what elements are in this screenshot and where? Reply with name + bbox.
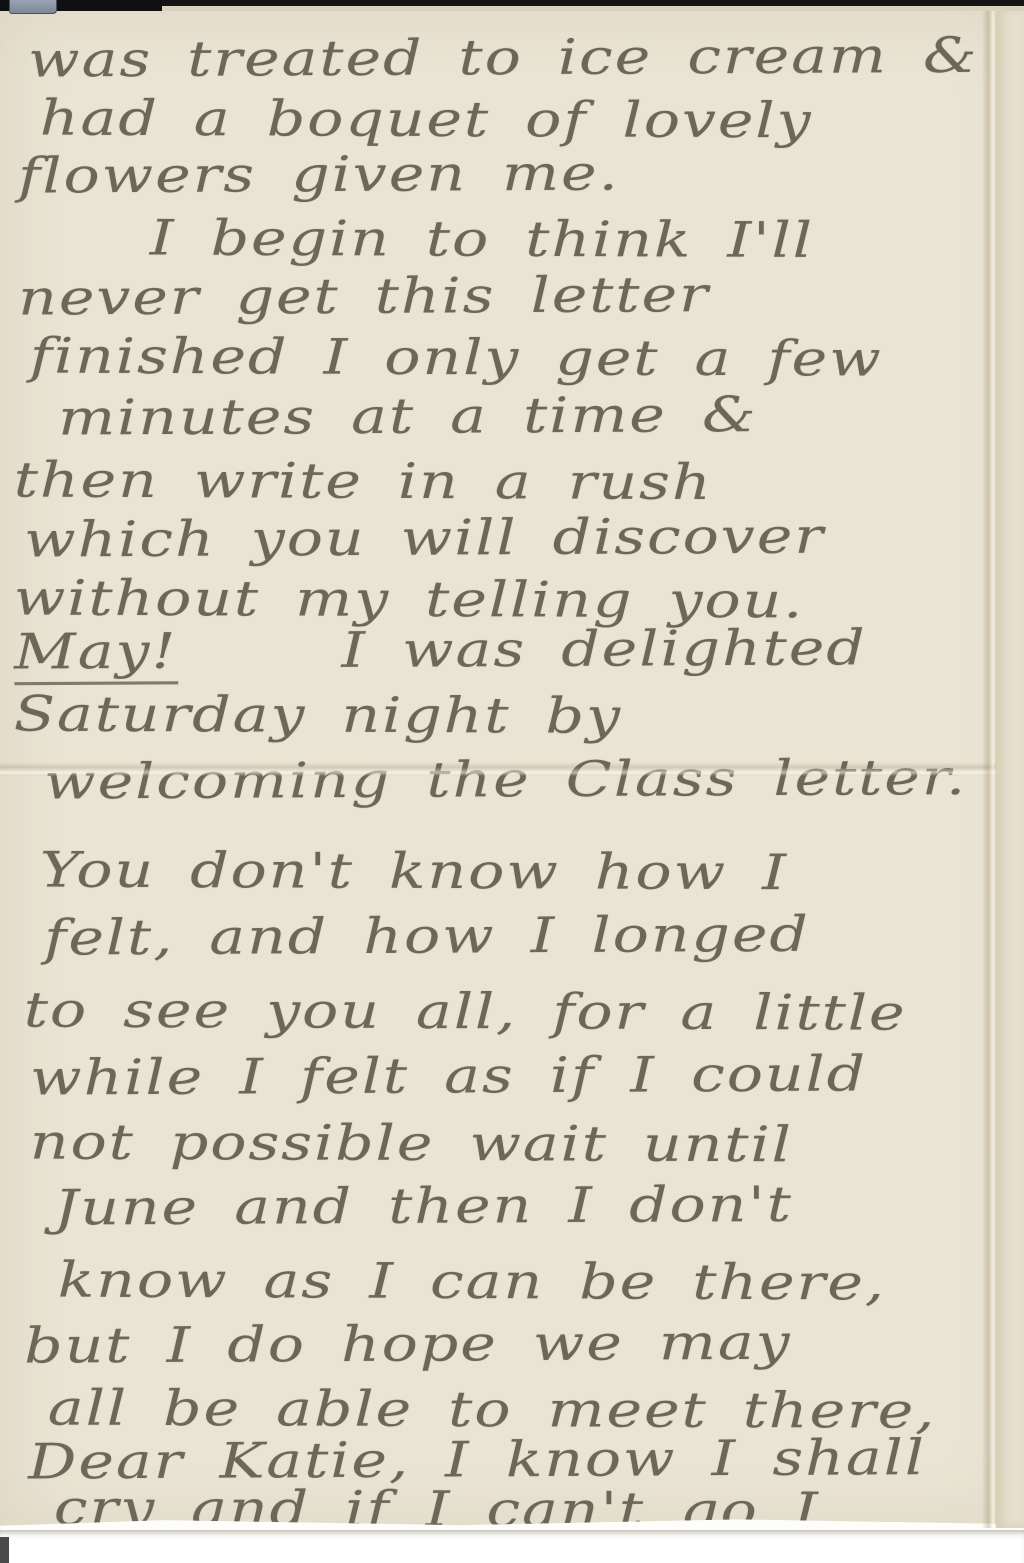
- handwriting-line: then write in a rush: [14, 456, 713, 507]
- handwriting-line: flowers given me.: [18, 149, 620, 201]
- bottom-left-corner-mark: [0, 1537, 9, 1563]
- handwriting-line: Saturday night by: [14, 690, 622, 741]
- handwriting-line: was treated to ice cream &: [28, 31, 979, 85]
- handwriting-line: not possible wait until: [30, 1118, 793, 1170]
- handwriting-line: June and then I don't: [54, 1180, 793, 1233]
- handwriting-line: I begin to think I'll: [150, 214, 814, 265]
- paper-top-sliver: [162, 6, 1024, 11]
- handwriting-line: but I do hope we may: [24, 1318, 792, 1371]
- handwriting-line: which you will discover: [24, 512, 825, 565]
- handwriting-line: You don't know how I: [40, 846, 788, 898]
- handwriting-line: Dear Katie, I know I shall: [28, 1434, 926, 1487]
- handwriting-line: know as I can be there,: [58, 1256, 886, 1308]
- scanner-bed-bottom: [0, 1530, 1024, 1563]
- handwriting-line: without my telling you.: [14, 574, 805, 626]
- handwriting-line: had a boquet of lovely: [40, 94, 813, 146]
- handwriting-line: finished I only get a few: [30, 332, 883, 384]
- handwriting-line: never get this letter: [18, 271, 710, 323]
- scanned-letter-page: was treated to ice cream & had a boquet …: [0, 0, 1024, 1563]
- handwriting-line-continuation: I was delighted: [341, 620, 867, 680]
- horizontal-fold-crease: [0, 762, 1024, 776]
- binder-clip: [9, 0, 57, 14]
- folded-page-edge: [996, 8, 1024, 1528]
- handwriting-line: minutes at a time &: [58, 391, 758, 443]
- handwriting-line: cry and if I can't go I: [54, 1484, 820, 1536]
- handwriting-line: to see you all, for a little: [24, 986, 907, 1038]
- handwriting-line: while I felt as if I could: [30, 1050, 867, 1103]
- handwriting-line: felt, and how I longed: [44, 910, 810, 963]
- handwriting-line: May!I was delighted: [14, 624, 867, 677]
- handwriting-line: all be able to meet there,: [48, 1384, 937, 1436]
- underlined-word-may: May!: [14, 623, 178, 685]
- vertical-fold-crease: [982, 8, 996, 1528]
